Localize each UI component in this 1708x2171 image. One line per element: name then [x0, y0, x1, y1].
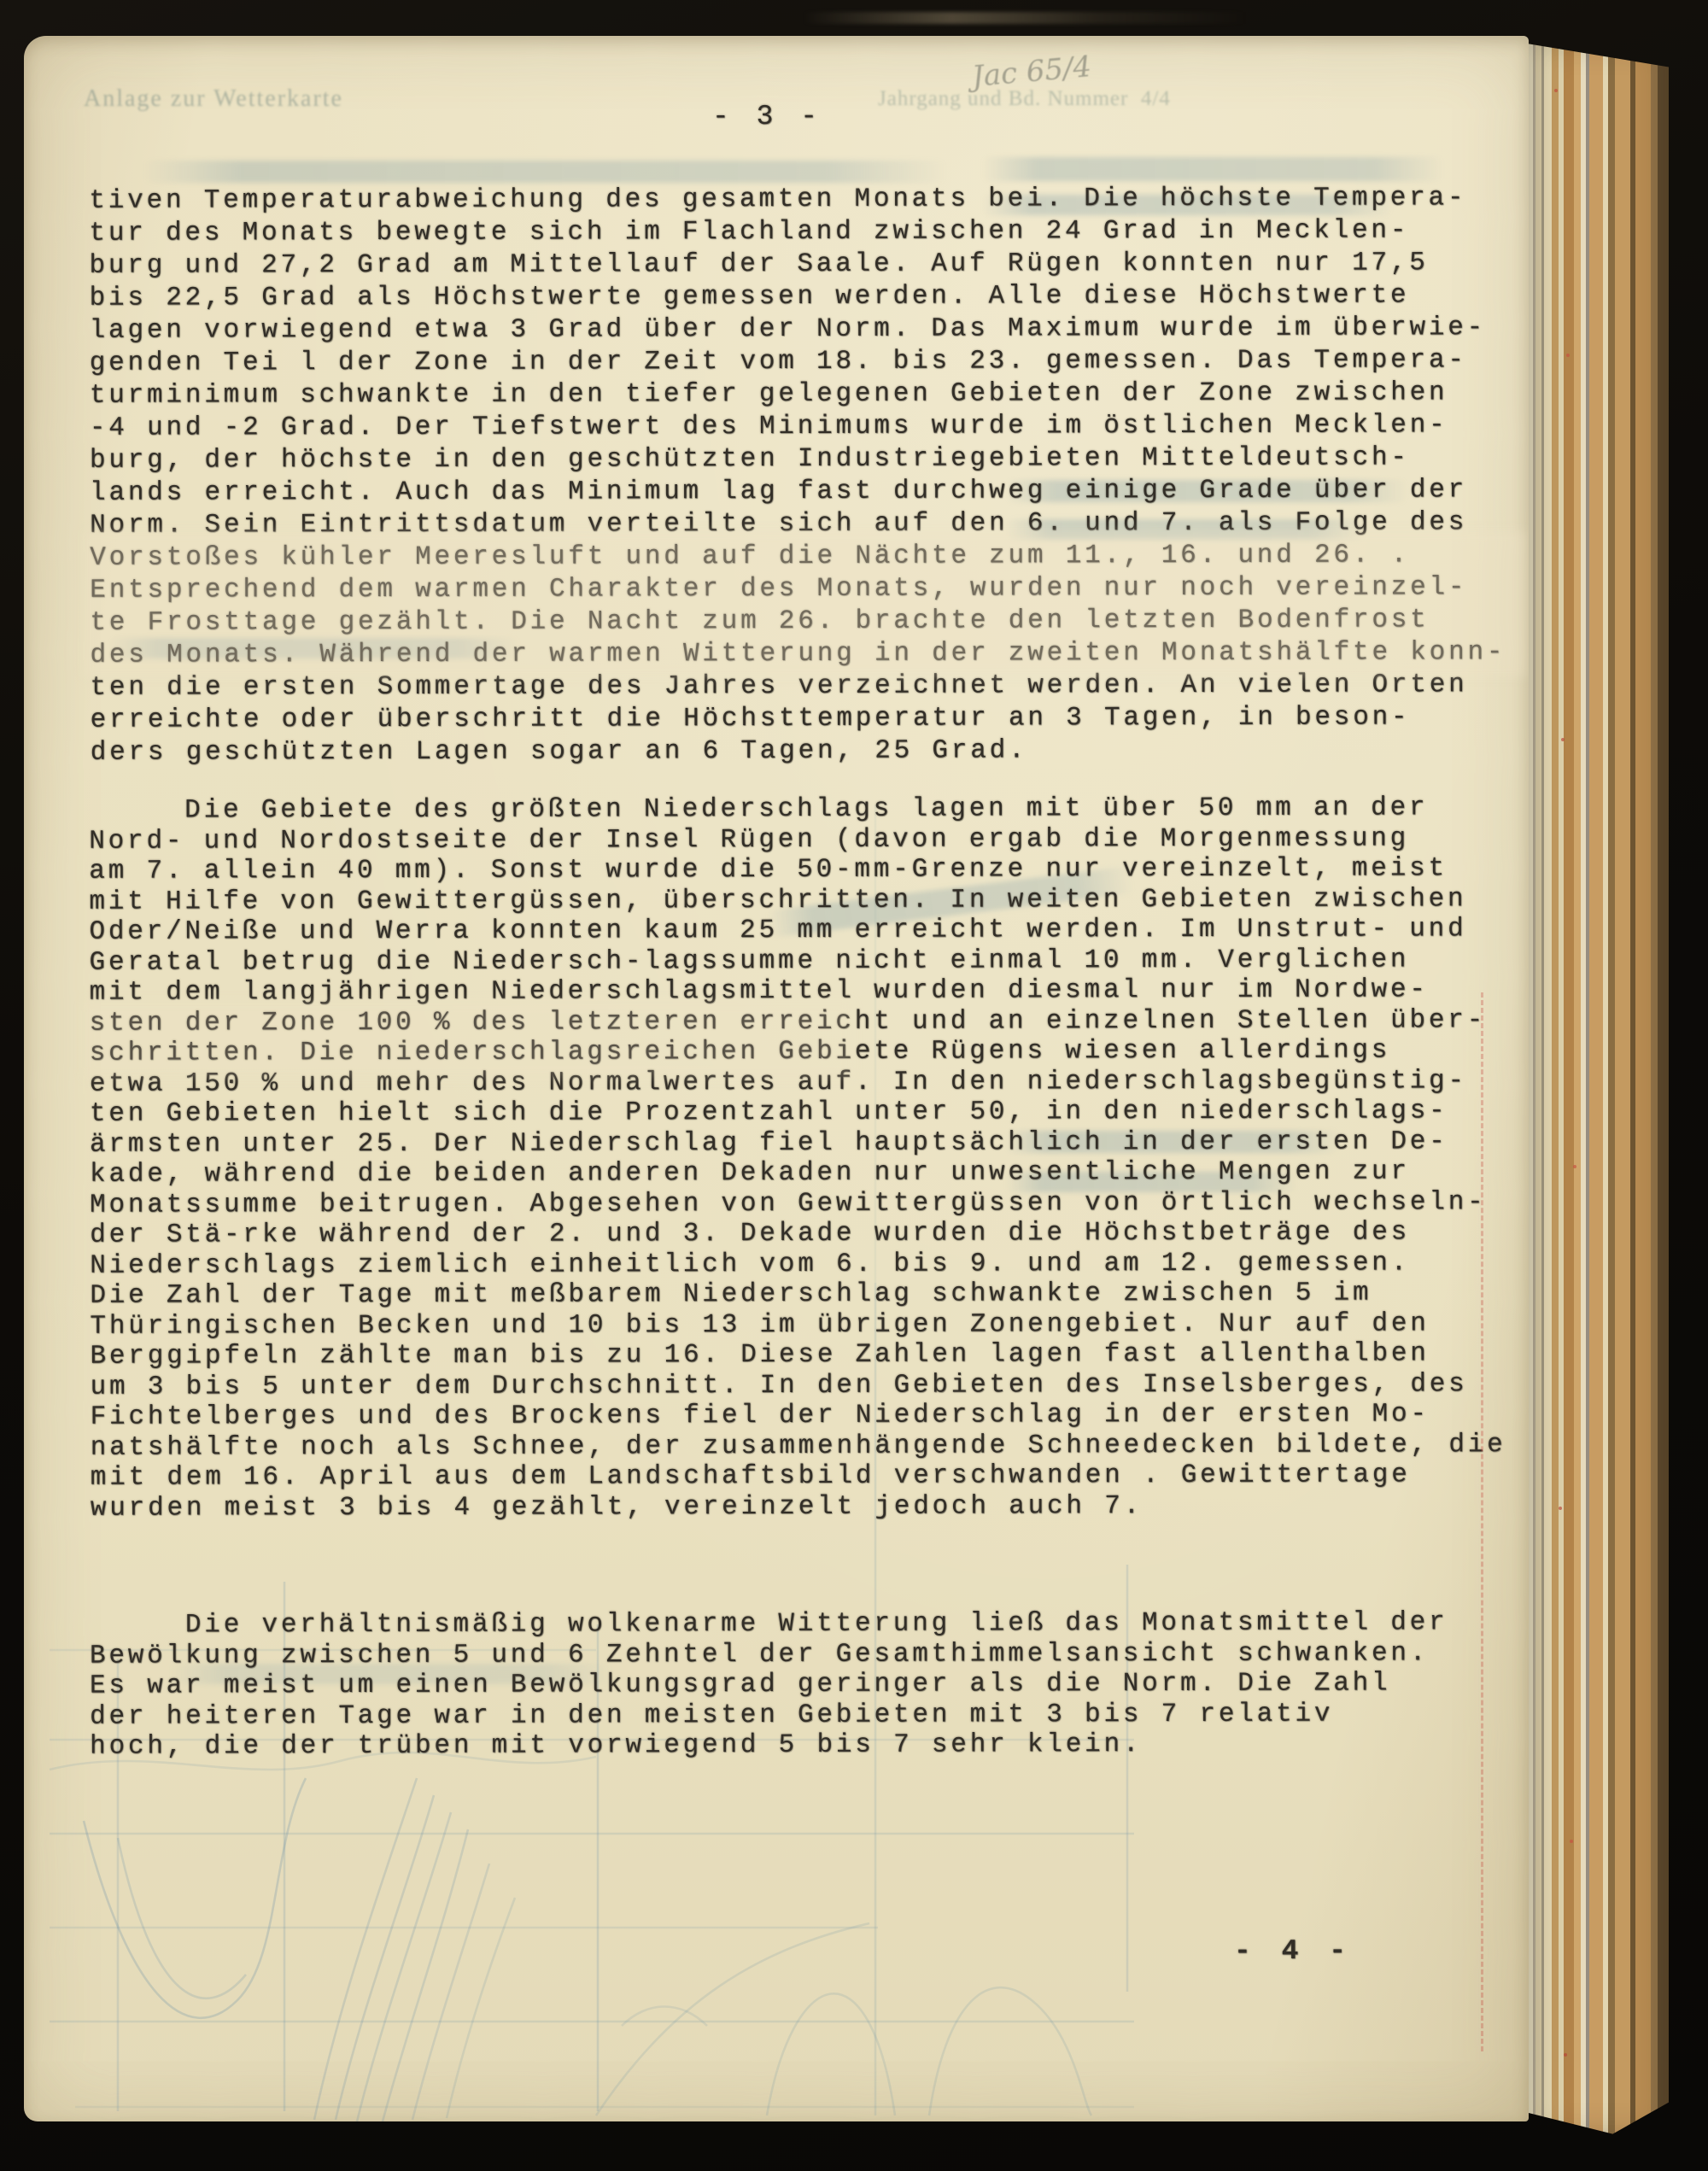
- ink-fade-patch: [84, 531, 1527, 676]
- red-speckles: [1554, 89, 1558, 92]
- page-number: - 3 -: [712, 101, 822, 132]
- paragraph-temperature: tiven Temperaturabweichung des gesamten …: [89, 182, 1506, 769]
- ghost-header-left: Anlage zur Wetterkarte: [84, 85, 343, 113]
- paragraph-precipitation: Die Gebiete des größten Niederschlags la…: [89, 793, 1506, 1523]
- ghost-headline-streak: [982, 157, 1443, 181]
- next-page-number: - 4 -: [1234, 1935, 1353, 1967]
- ghost-header-right: Jahrgang und Bd. Nummer 4/4: [878, 87, 1171, 111]
- ghost-headline-streak: [143, 161, 946, 183]
- ink-fade-patch: [84, 1001, 852, 1078]
- scanned-book-photo: Anlage zur Wetterkarte Jahrgang und Bd. …: [0, 0, 1708, 2171]
- document-page: Anlage zur Wetterkarte Jahrgang und Bd. …: [24, 36, 1529, 2121]
- paragraph-cloudiness: Die verhältnismäßig wolkenarme Witterung…: [90, 1607, 1448, 1762]
- book-page-edges: [1529, 38, 1669, 2140]
- background-glint: [803, 12, 1247, 24]
- red-margin-marks: [1481, 992, 1483, 2051]
